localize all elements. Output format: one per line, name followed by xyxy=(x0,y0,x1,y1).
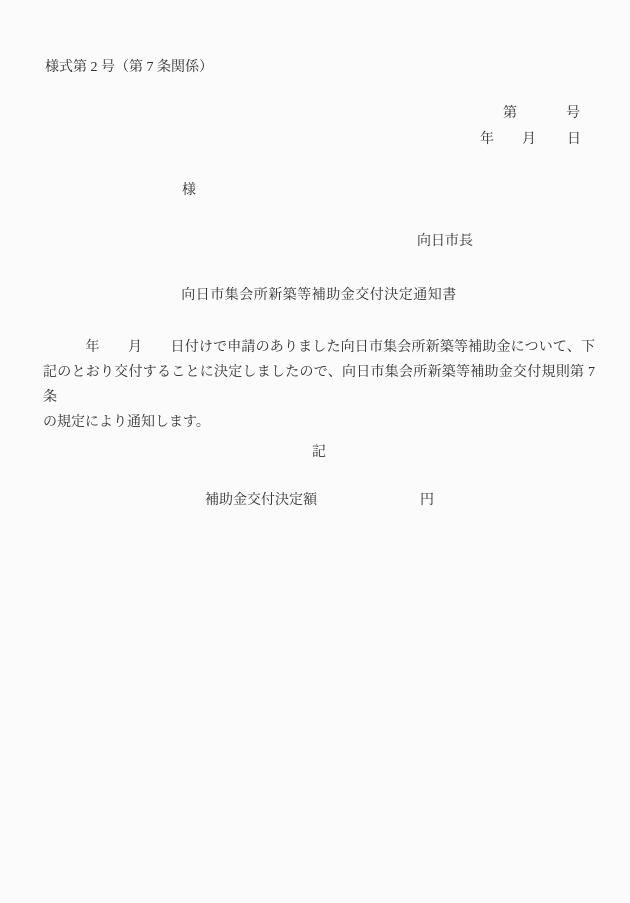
body-line-1: 年 月 日付けで申請のありました向日市集会所新築等補助金について、下 xyxy=(43,335,595,360)
header-number-line: 第 号 xyxy=(0,104,630,124)
month-label: 月 xyxy=(522,130,536,150)
body-paragraph: 年 月 日付けで申請のありました向日市集会所新築等補助金について、下 記のとおり… xyxy=(43,335,595,435)
sender-title: 向日市長 xyxy=(417,232,473,252)
document-page: 様式第 2 号（第 7 条関係） 第 号 年 月 日 様 向日市長 向日市集会所… xyxy=(0,0,630,903)
amount-unit-label: 円 xyxy=(420,491,434,511)
year-label: 年 xyxy=(480,130,494,150)
amount-line: 補助金交付決定額 円 xyxy=(0,491,630,511)
body-line-2: 記のとおり交付することに決定しましたので、向日市集会所新築等補助金交付規則第 7… xyxy=(43,360,595,410)
record-marker: 記 xyxy=(43,443,595,463)
recipient-honorific: 様 xyxy=(182,181,196,201)
amount-label: 補助金交付決定額 xyxy=(205,491,317,511)
number-prefix-label: 第 xyxy=(503,104,517,124)
form-number: 様式第 2 号（第 7 条関係） xyxy=(45,58,213,78)
body-line-3: の規定により通知します。 xyxy=(43,410,595,435)
document-title: 向日市集会所新築等補助金交付決定通知書 xyxy=(43,286,595,306)
header-date-line: 年 月 日 xyxy=(0,130,630,150)
day-label: 日 xyxy=(567,130,581,150)
number-suffix-label: 号 xyxy=(566,104,580,124)
